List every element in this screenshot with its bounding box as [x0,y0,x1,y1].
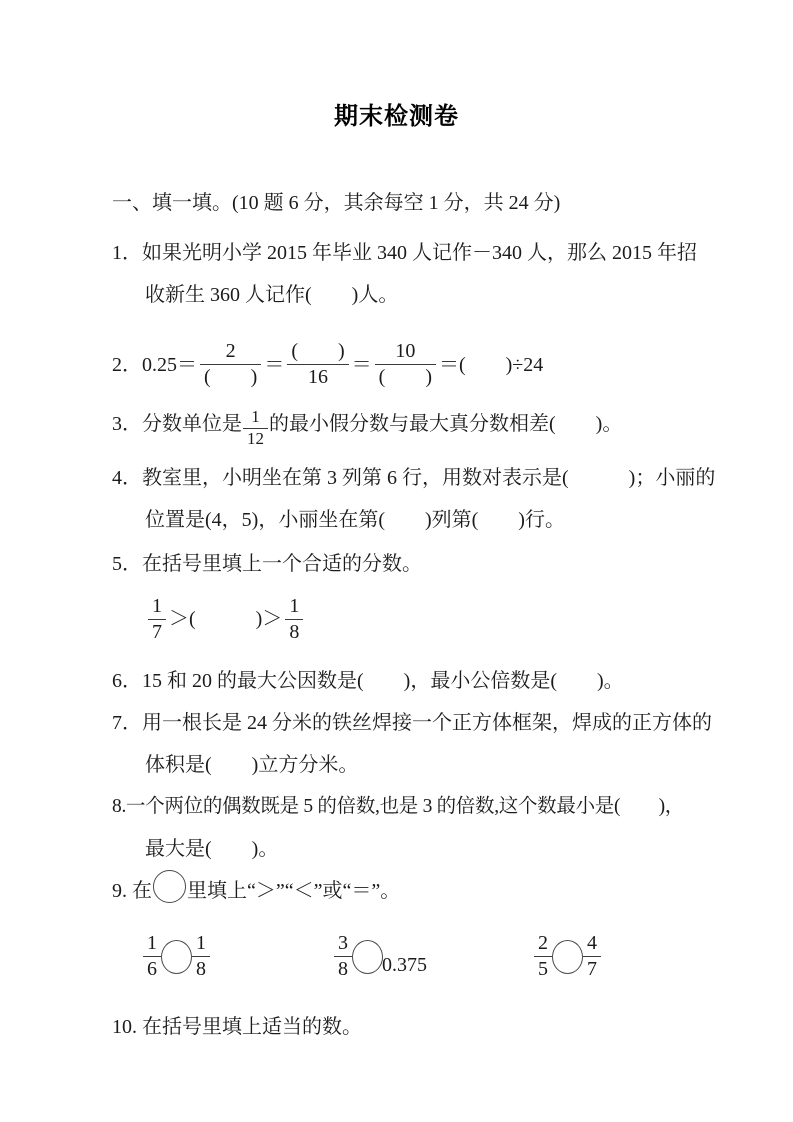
denominator: 6 [143,957,161,981]
numerator: ( ) [287,340,348,365]
question-7-text: 用一根长是 24 分米的铁丝焊接一个正方体框架，焊成的正方体的 [142,712,712,734]
fraction: 2( ) [200,340,261,389]
question-5-expression: 17＞( )＞18 [112,585,733,656]
comparison-3: 25 47 [531,932,604,981]
question-5: 5．在括号里填上一个合适的分数。 17＞( )＞18 [112,543,733,656]
numerator: 3 [334,932,352,957]
compare-circle-icon [352,940,383,974]
question-7-text-cont: 体积是( )立方分米。 [145,754,358,776]
question-4-line1: 4．教室里，小明坐在第 3 列第 6 行，用数对表示是( )；小丽的 [112,457,733,499]
question-9-text-before: 在 [132,880,152,902]
question-3-text-before: 分数单位是 [142,413,242,435]
fraction: 18 [192,932,210,981]
question-10-number: 10. [112,1016,142,1038]
question-6-number: 6． [112,670,142,692]
denominator: 8 [334,957,352,981]
denominator: 8 [285,620,303,644]
fraction: 25 [534,932,552,981]
fraction: 16 [143,932,161,981]
question-10-text: 在括号里填上适当的数。 [142,1016,362,1038]
question-4-text: 教室里，小明坐在第 3 列第 6 行，用数对表示是( )；小丽的 [142,467,715,489]
question-6: 6．15 和 20 的最大公因数是( )，最小公倍数是( )。 [112,660,733,702]
question-5-text: 在括号里填上一个合适的分数。 [142,553,422,575]
numerator: 1 [243,408,268,429]
numerator: 1 [148,595,166,620]
question-2-lead: 0.25＝ [142,355,197,375]
denominator: 7 [583,957,601,981]
equals-sign: ＝ [264,355,284,375]
question-9-line1: 9. 在里填上“＞”“＜”或“＝”。 [112,870,733,912]
question-9-number: 9. [112,880,132,902]
denominator: 16 [287,365,348,389]
numerator: 1 [192,932,210,957]
denominator: ( ) [375,365,436,389]
question-4: 4．教室里，小明坐在第 3 列第 6 行，用数对表示是( )；小丽的 位置是(4… [112,457,733,541]
fraction: 17 [148,595,166,644]
question-7-line2: 体积是( )立方分米。 [112,744,733,786]
fraction: 10( ) [375,340,436,389]
fraction: 112 [243,408,268,448]
compare-circle-icon [161,940,192,974]
section-heading: 一、填一填。(10 题 6 分，其余每空 1 分，共 24 分) [112,188,733,218]
question-10: 10. 在括号里填上适当的数。 [112,1006,733,1048]
question-1-text: 如果光明小学 2015 年毕业 340 人记作－340 人，那么 2015 年招 [142,242,697,264]
numerator: 2 [200,340,261,365]
question-9-text-after: 里填上“＞”“＜”或“＝”。 [187,880,400,902]
denominator: 12 [243,429,268,449]
question-8: 8.一个两位的偶数既是 5 的倍数,也是 3 的倍数,这个数最小是( )， 最大… [112,786,733,870]
question-3: 3．分数单位是112的最小假分数与最大真分数相差( )。 [112,403,733,449]
comparison-1: 16 18 [140,932,213,981]
question-1-number: 1． [112,242,142,264]
question-3-number: 3． [112,413,142,435]
denominator: 5 [534,957,552,981]
question-5-line1: 5．在括号里填上一个合适的分数。 [112,543,733,585]
fill-circle-icon [153,870,186,903]
question-5-number: 5． [112,553,142,575]
question-7-number: 7． [112,712,142,734]
question-6-text: 15 和 20 的最大公因数是( )，最小公倍数是( )。 [142,670,624,692]
question-8-text: 一个两位的偶数既是 5 的倍数,也是 3 的倍数,这个数最小是( )， [126,796,684,817]
denominator: 7 [148,620,166,644]
question-5-middle: ＞( )＞ [169,609,282,629]
equals-sign: ＝ [352,355,372,375]
question-2-tail: ＝( )÷24 [439,355,543,375]
question-9-comparisons: 16 18 38 0.375 25 47 [112,928,733,996]
fraction: 18 [285,595,303,644]
question-2: 2．0.25＝2( )＝( )16＝10( )＝( )÷24 [112,326,733,401]
question-8-line2: 最大是( )。 [112,828,733,870]
fraction: 47 [583,932,601,981]
question-4-number: 4． [112,467,142,489]
compare-circle-icon [552,940,583,974]
question-3-text-after: 的最小假分数与最大真分数相差( )。 [269,413,622,435]
question-2-number: 2． [112,355,142,375]
question-1-line1: 1．如果光明小学 2015 年毕业 340 人记作－340 人，那么 2015 … [112,232,733,274]
numerator: 2 [534,932,552,957]
question-9: 9. 在里填上“＞”“＜”或“＝”。 16 18 38 0.375 25 47 [112,870,733,996]
question-1-line2: 收新生 360 人记作( )人。 [112,274,733,316]
question-8-number: 8. [112,796,126,817]
comparison-2: 38 0.375 [331,928,427,986]
decimal-value: 0.375 [382,944,427,986]
fraction: ( )16 [287,340,348,389]
question-8-line1: 8.一个两位的偶数既是 5 的倍数,也是 3 的倍数,这个数最小是( )， [112,786,733,828]
question-4-text-cont: 位置是(4，5)，小丽坐在第( )列第( )行。 [145,509,565,531]
numerator: 1 [285,595,303,620]
denominator: ( ) [200,365,261,389]
numerator: 10 [375,340,436,365]
page-title: 期末检测卷 [0,0,793,131]
question-7: 7．用一根长是 24 分米的铁丝焊接一个正方体框架，焊成的正方体的 体积是( )… [112,702,733,786]
worksheet-page: 期末检测卷 一、填一填。(10 题 6 分，其余每空 1 分，共 24 分) 1… [0,0,793,1048]
denominator: 8 [192,957,210,981]
question-8-text-cont: 最大是( )。 [145,838,278,860]
numerator: 4 [583,932,601,957]
question-4-line2: 位置是(4，5)，小丽坐在第( )列第( )行。 [112,499,733,541]
question-1: 1．如果光明小学 2015 年毕业 340 人记作－340 人，那么 2015 … [112,232,733,316]
numerator: 1 [143,932,161,957]
fraction: 38 [334,932,352,981]
question-7-line1: 7．用一根长是 24 分米的铁丝焊接一个正方体框架，焊成的正方体的 [112,702,733,744]
question-1-text-cont: 收新生 360 人记作( )人。 [145,284,398,306]
worksheet-content: 一、填一填。(10 题 6 分，其余每空 1 分，共 24 分) 1．如果光明小… [0,188,793,1048]
